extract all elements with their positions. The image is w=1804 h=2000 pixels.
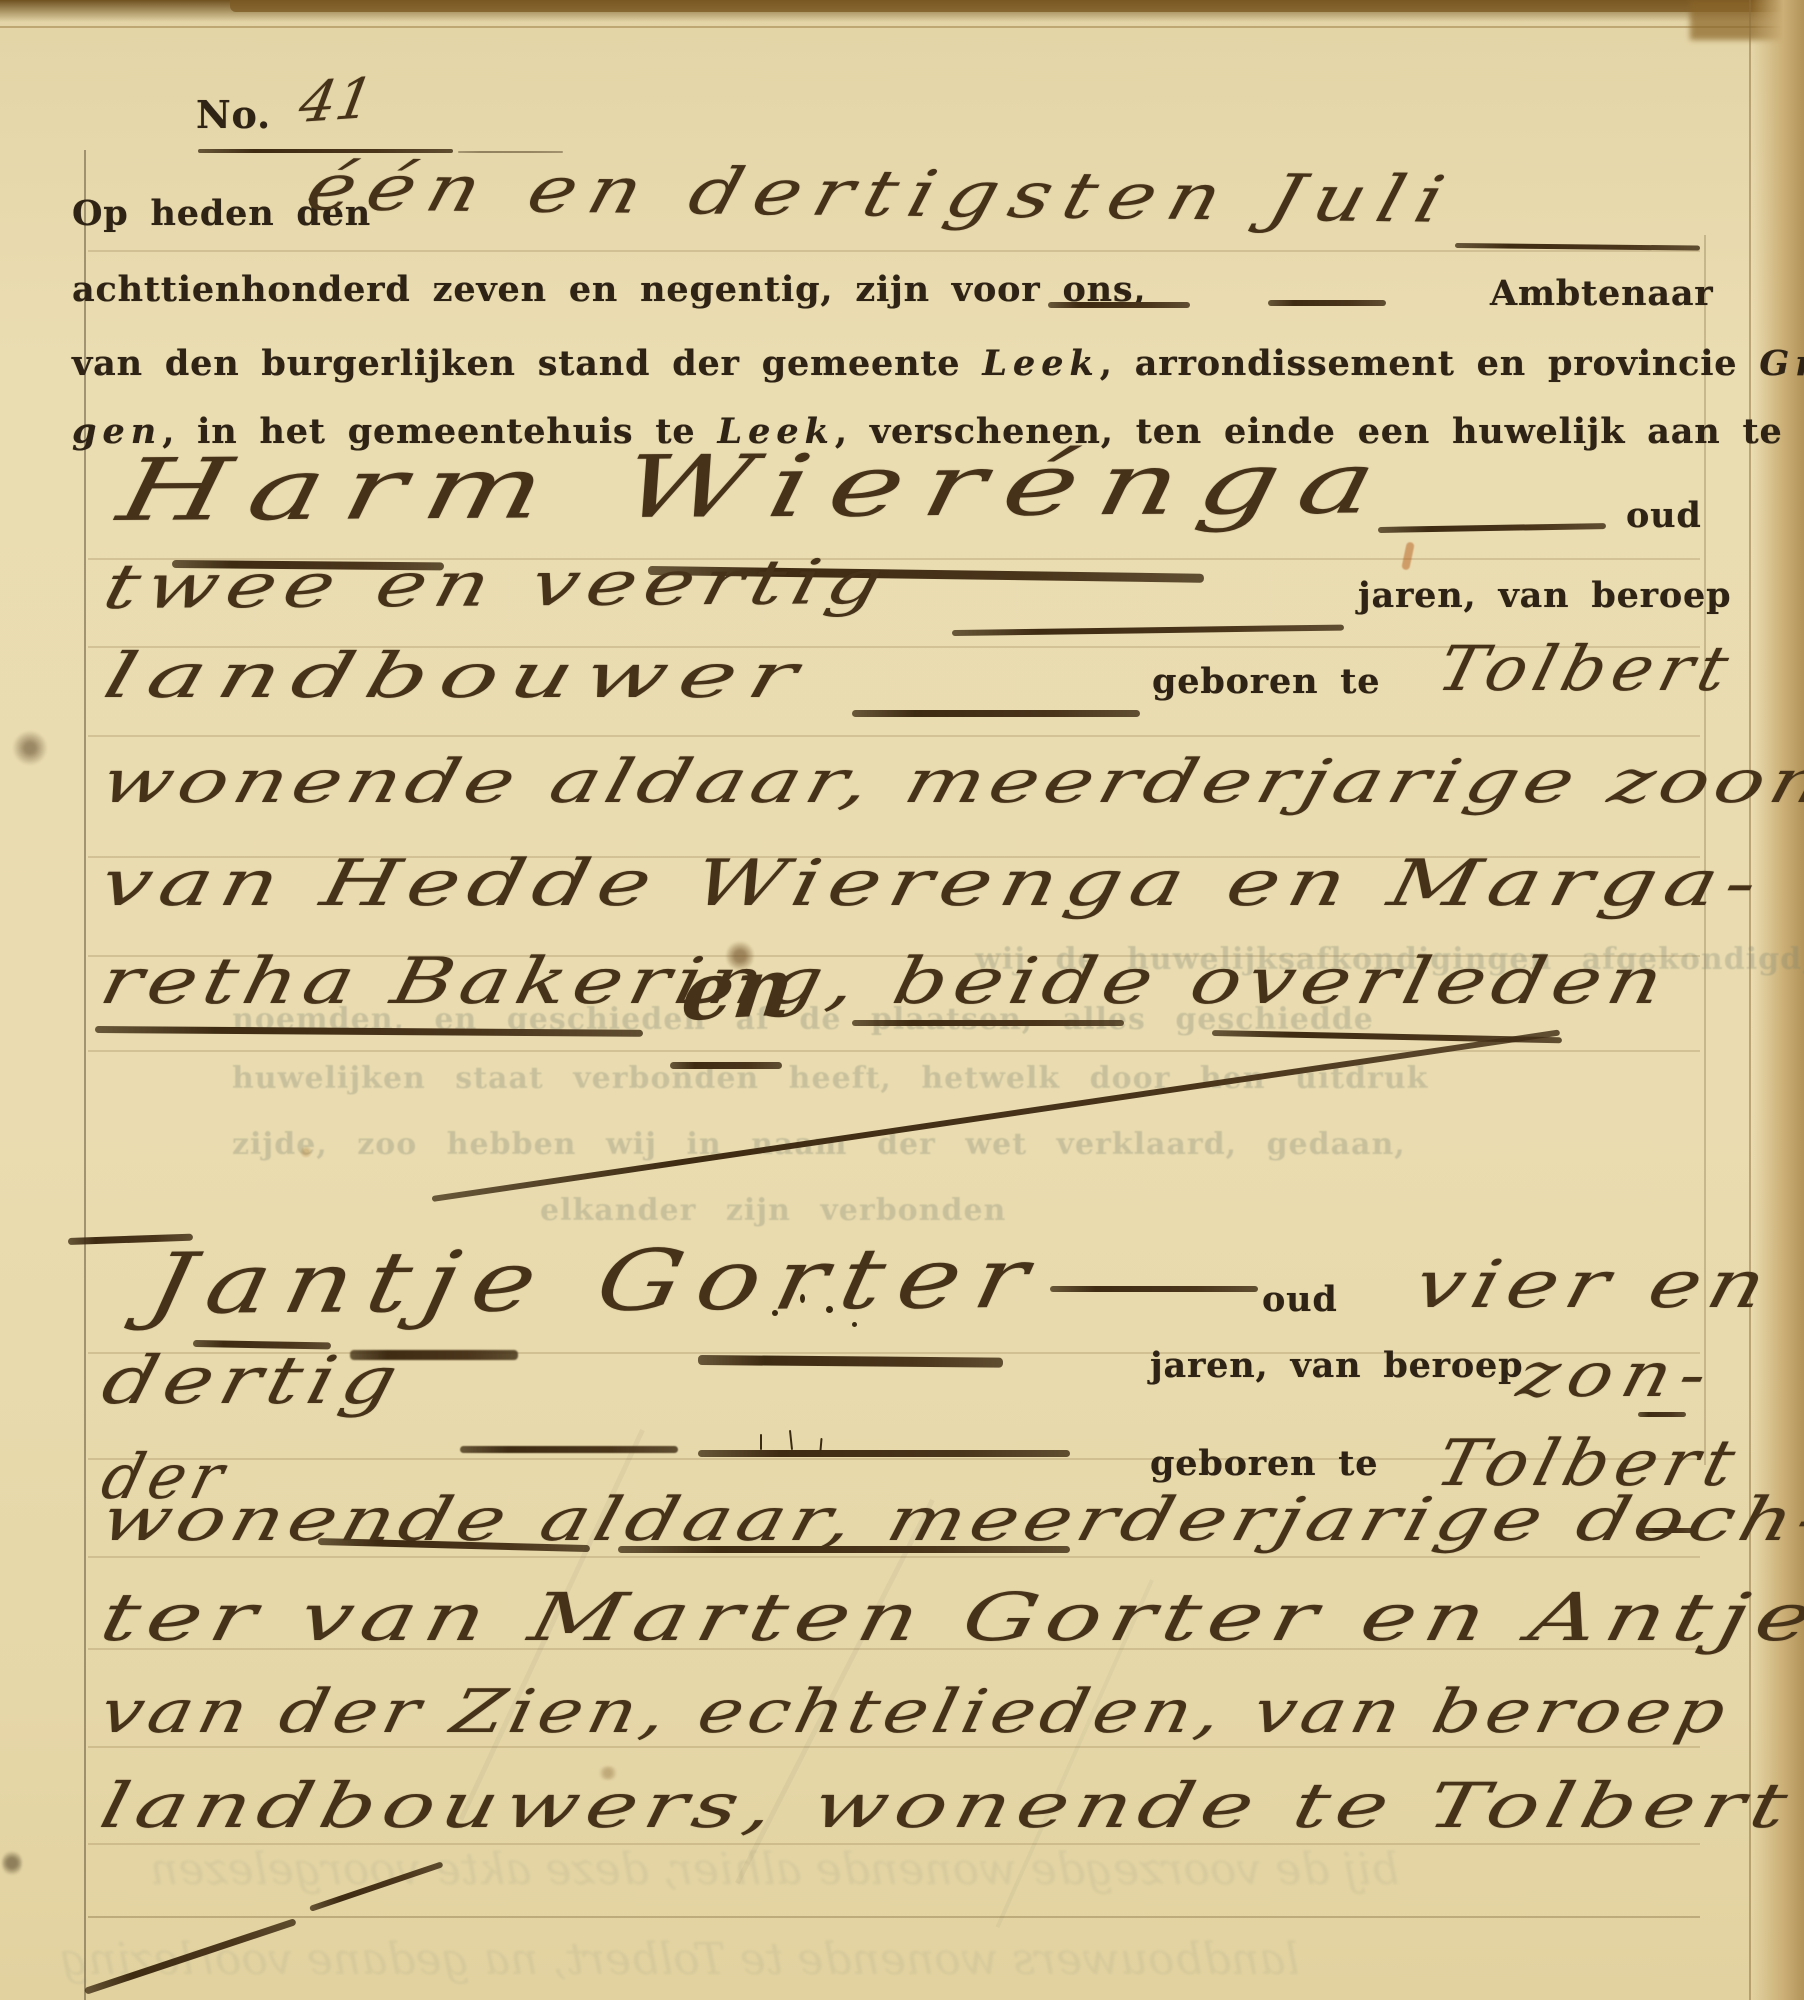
ruled-line [88,250,1700,252]
printed-ambtenaar: Ambtenaar [1490,276,1714,311]
ink-fill-dash [852,710,1140,717]
bride-occupation-part1: zon- [1512,1344,1723,1406]
ink-underline [698,1355,1003,1368]
ink-splatter [826,1306,833,1313]
bleedthrough-line-mirrored: landbouwers wonende te Tolbert, na gedan… [60,1938,1300,1982]
page-right-edge-line [1749,0,1751,2000]
ink-fill-dash [1048,302,1190,308]
ink-splatter [772,1310,778,1316]
groom-parents-line2: retha Bakering, beide overleden [95,950,1675,1014]
bleedthrough-line: elkander zijn verbonden [540,1196,1006,1226]
ink-fill-dash [698,1450,1070,1457]
bride-name: Jantje Gorter [142,1236,1050,1326]
ink-fill-dash [1378,523,1606,533]
printed-geboren-te: geboren te [1150,1446,1378,1481]
bleedthrough-line: zijde, zoo hebben wij in naam der wet ve… [232,1130,1406,1160]
scanned-marriage-record-page: wij de huwelijksafkondigingen afgekondig… [0,0,1804,2000]
handwritten-date: één en dertigsten Juli [300,156,1463,233]
ink-blot [726,940,754,972]
bride-age-part2: dertig [96,1348,411,1414]
ink-splatter [760,1434,762,1450]
ruled-line [88,1916,1700,1918]
printed-jaren-van-beroep: jaren, van beroep [1358,578,1731,613]
ink-splatter [789,1430,793,1450]
ink-fill-dash [852,1020,1124,1026]
printed-place-leek: Leek [982,343,1099,384]
groom-birthplace: Tolbert [1432,638,1741,700]
printed-jaren-van-beroep: jaren, van beroep [1150,1348,1523,1383]
paper-stain [300,1146,312,1158]
record-number-label: No. [196,96,271,134]
bleedthrough-line-mirrored: bij de voorzegde wonende alhier, deze ak… [150,1848,1399,1892]
bride-residence: wonende aldaar, meerderjarige doch- [95,1490,1804,1550]
paper-stain [12,730,48,766]
groom-age: twee en veertig [98,551,897,618]
ink-cross-out-diagonal [432,1029,1561,1201]
ink-fill-dash [1050,1286,1258,1292]
printed-province-groningen: Gronin- [1759,343,1804,384]
ink-underline [670,1062,782,1069]
groom-occupation: landbouwer [98,645,815,707]
ink-fill-dash [952,625,1344,636]
printed-geboren-te: geboren te [1152,664,1380,699]
ruled-line [88,1556,1700,1558]
paper-stain [598,1766,618,1780]
bride-parents-line3: landbouwers, wonende te Tolbert [95,1775,1799,1837]
paper-stain [2,1850,22,1876]
ink-splatter [852,1322,857,1327]
printed-text: van den burgerlijken stand der gemeente [72,343,982,384]
ink-trailing-dash [1638,1412,1686,1417]
printed-oud: oud [1626,498,1702,533]
page-top-edge-line [0,26,1804,28]
printed-text: , arrondissement en provincie [1100,343,1760,384]
printed-oud: oud [1262,1282,1338,1317]
ink-fill-dash [1268,300,1386,306]
bride-age-part1: vier en [1408,1252,1780,1318]
record-number-value: 41 [295,71,377,132]
bride-parents-line2: van der Zien, echtelieden, van beroep [95,1682,1736,1742]
bride-parents-line1: ter van Marten Gorter en Antje [95,1585,1804,1651]
groom-name: Harm Wierénga [112,440,1403,534]
printed-year-text: achttienhonderd zeven en negentig, zijn … [72,272,1146,307]
ink-splatter [800,1294,805,1303]
groom-parents-line1: van Hedde Wierenga en Marga- [95,852,1771,916]
municipality-line: van den burgerlijken stand der gemeente … [72,346,1804,381]
ruled-line [88,735,1700,737]
page-top-edge-dark [230,0,1804,12]
page-right-edge [1752,0,1804,2000]
paper-fleck [1401,541,1415,570]
groom-residence: wonende aldaar, meerderjarige zoon [95,752,1804,812]
ink-fill-dash [460,1446,678,1453]
